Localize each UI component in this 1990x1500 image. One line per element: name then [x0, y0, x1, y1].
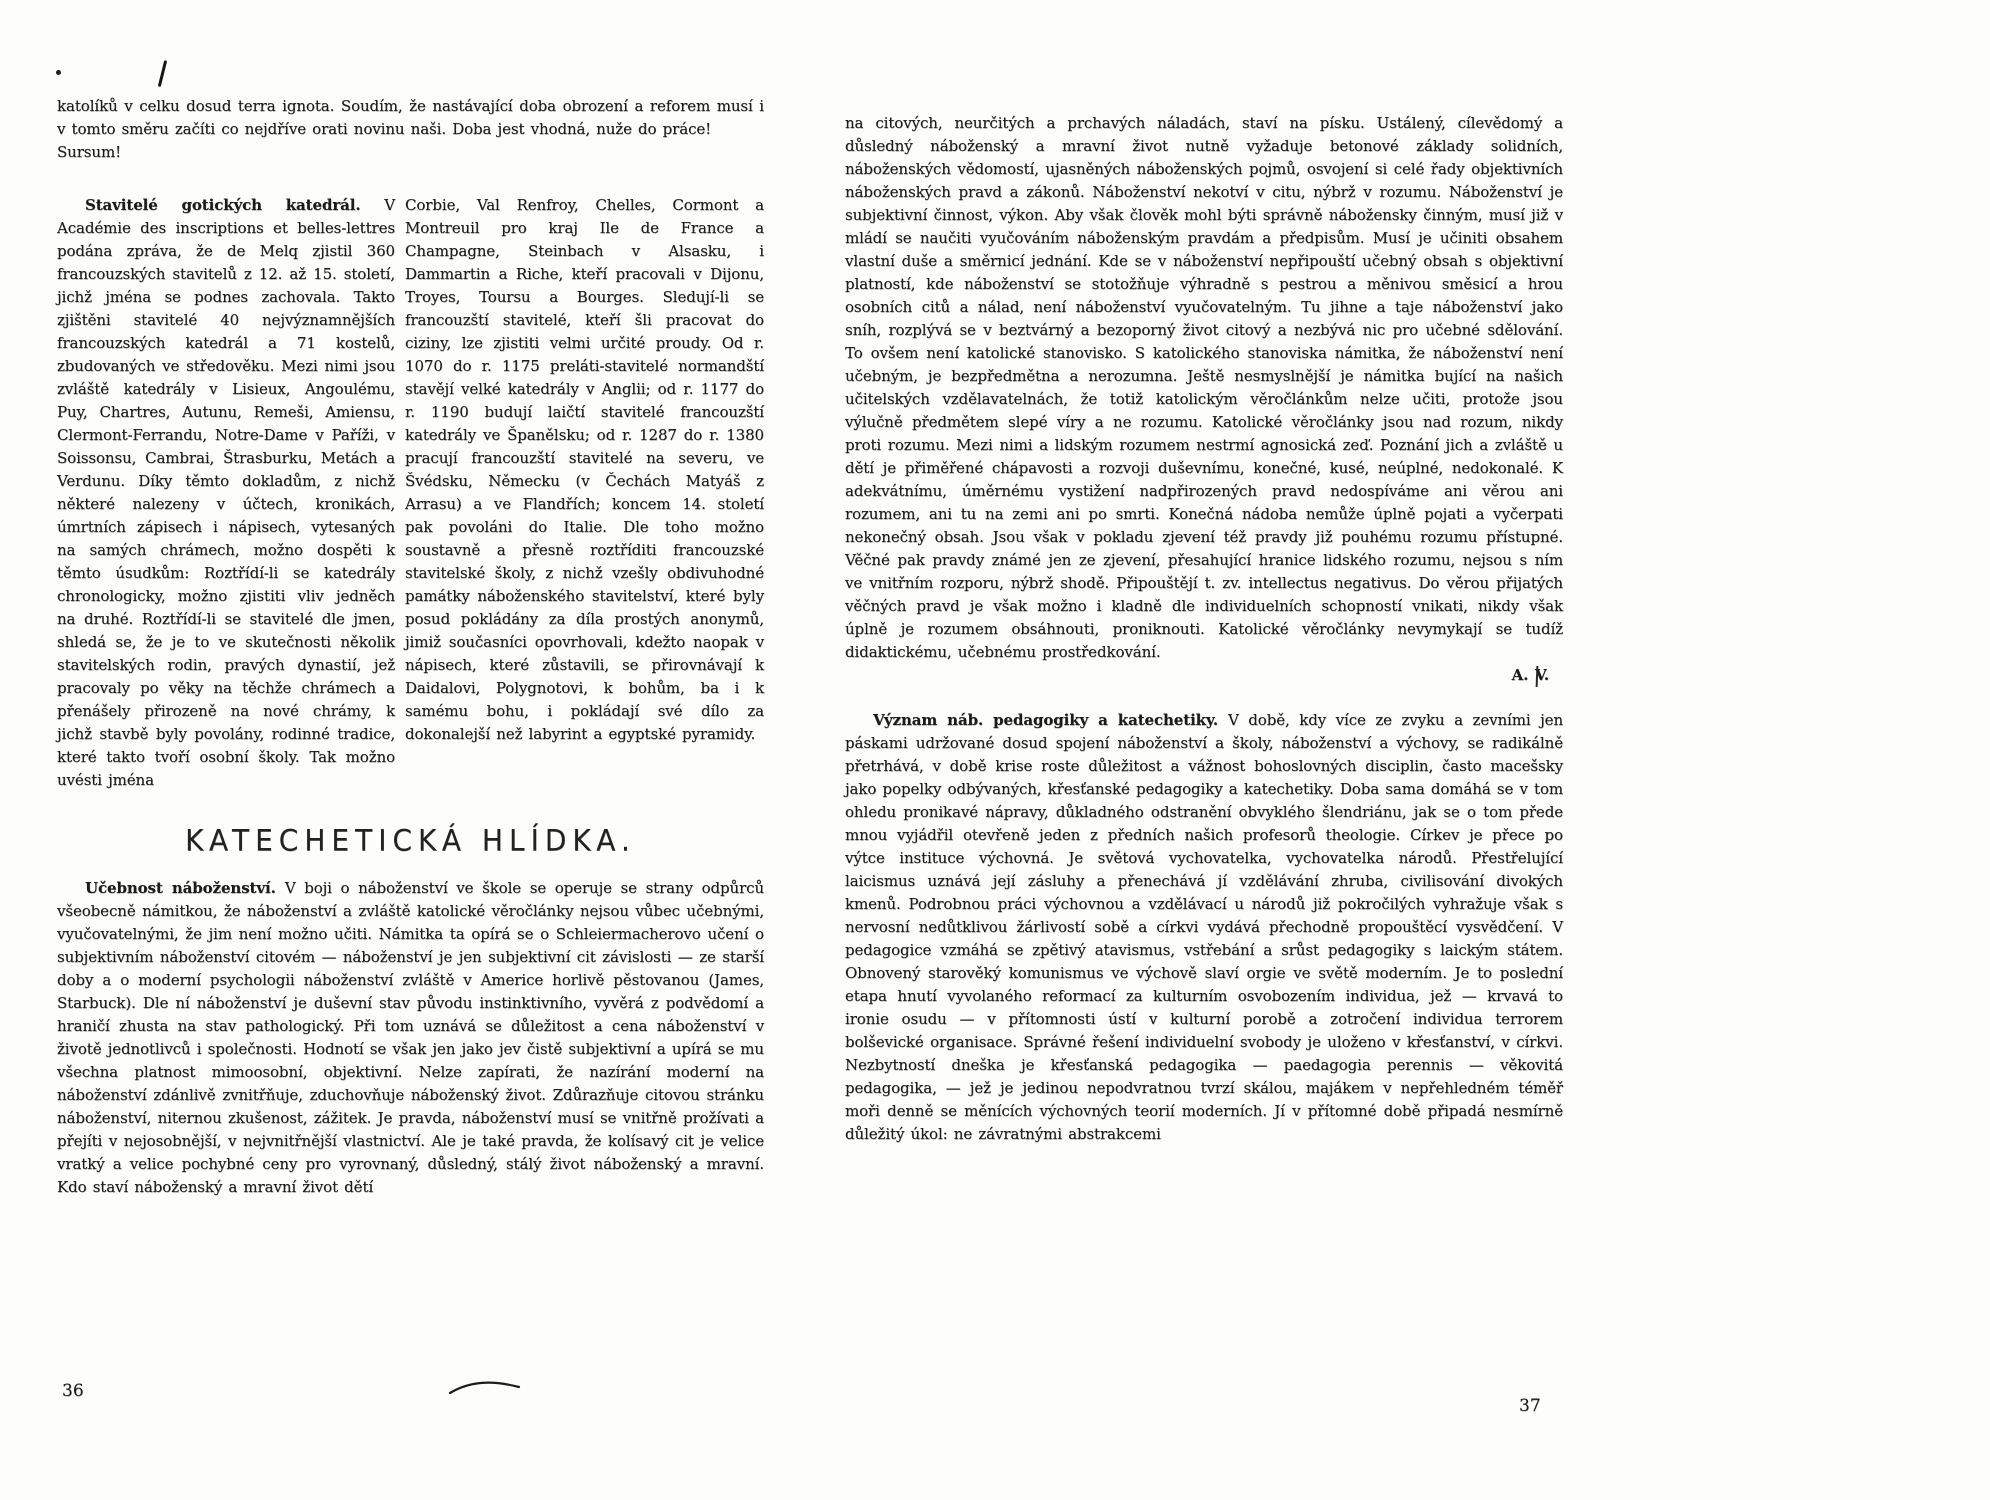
article-vyznam-title: Význam náb. pedagogiky a katechetiky. — [873, 711, 1228, 729]
article-vyznam: Význam náb. pedagogiky a katechetiky. V … — [845, 709, 1563, 1146]
author-signature-initials: A. V. — [1512, 666, 1549, 684]
article-cathedrals-text-left: V Académie des inscriptions et belles-le… — [57, 196, 395, 789]
article-cathedrals: Stavitelé gotických katedrál. V Académie… — [57, 194, 764, 792]
continued-paragraph: katolíků v celku dosud terra ignota. Sou… — [57, 95, 764, 141]
right-page: na citových, neurčitých a prchavých nála… — [845, 112, 1563, 1146]
article-cathedrals-title: Stavitelé gotických katedrál. — [85, 196, 384, 214]
section-heading-katechetika: KATECHETICKÁ HLÍDKA. — [57, 823, 764, 858]
page-number-36: 36 — [62, 1381, 84, 1401]
article-cathedrals-column-right: Corbie, Val Renfroy, Chelles, Cormont a … — [405, 194, 764, 792]
pen-stroke-mark — [1535, 666, 1537, 687]
article-cathedrals-column-left: Stavitelé gotických katedrál. V Académie… — [57, 194, 395, 792]
page-number-37: 37 — [1519, 1396, 1541, 1416]
pen-squiggle-mark — [448, 1378, 522, 1398]
article-cathedrals-text-right: Corbie, Val Renfroy, Chelles, Cormont a … — [405, 196, 764, 743]
ink-dot-mark — [56, 70, 61, 75]
continued-paragraph-tail: Sursum! — [57, 141, 764, 164]
article-continuation-text: na citových, neurčitých a prchavých nála… — [845, 114, 1563, 661]
pen-slash-mark — [158, 60, 167, 87]
article-continuation: na citových, neurčitých a prchavých nála… — [845, 112, 1563, 664]
author-signature: A. V. — [845, 664, 1563, 687]
left-page: katolíků v celku dosud terra ignota. Sou… — [57, 95, 764, 1199]
article-ucebnost-title: Učebnost náboženství. — [85, 879, 285, 897]
scanned-spread: katolíků v celku dosud terra ignota. Sou… — [0, 0, 1990, 1500]
article-vyznam-text: V době, kdy více ze zvyku a zevními jen … — [845, 711, 1563, 1143]
article-ucebnost-text: V boji o náboženství ve škole se operuje… — [57, 879, 764, 1196]
article-ucebnost: Učebnost náboženství. V boji o náboženst… — [57, 877, 764, 1199]
